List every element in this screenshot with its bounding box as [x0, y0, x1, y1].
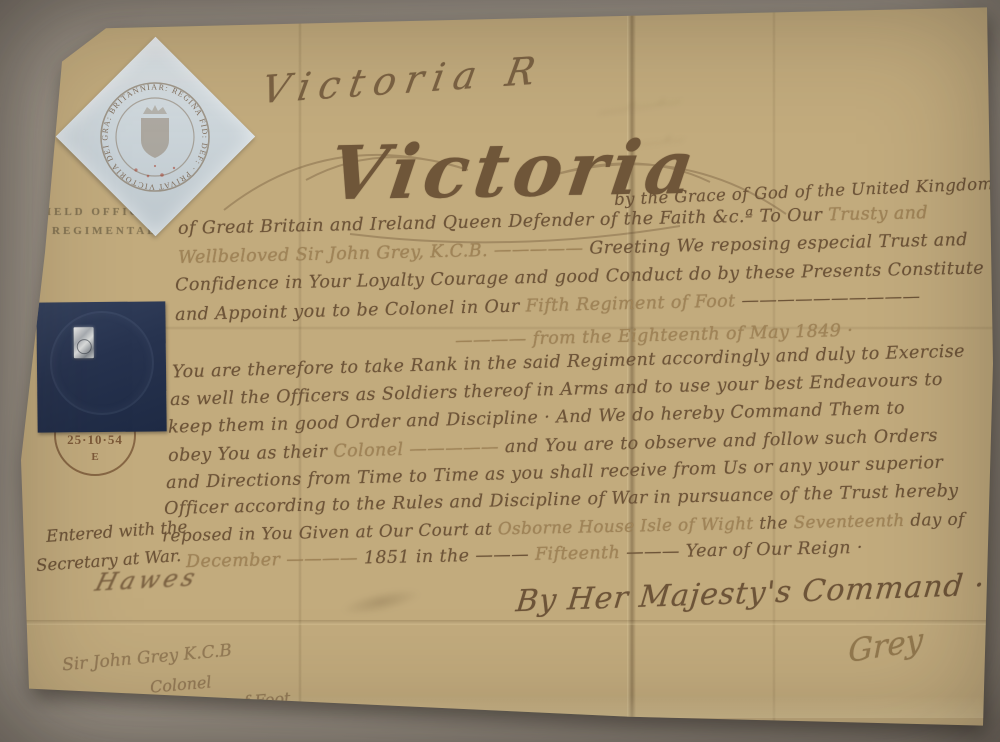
- docket-rank-line: Colonel: [149, 672, 212, 696]
- foil-security-tag: [74, 327, 94, 358]
- text-segment: ——————————: [735, 287, 920, 312]
- text-segment: Osborne House Isle of Wight: [498, 513, 754, 538]
- text-segment: day of: [904, 509, 964, 530]
- text-segment: Fifteenth: [535, 543, 621, 565]
- document-parchment: ـــمــــعـــــ ـــعـــــ Victoria R Vict…: [0, 0, 1000, 742]
- text-segment: December ————: [186, 548, 364, 572]
- parchment-shadow-wrap: ـــمــــعـــــ ـــعـــــ Victoria R Vict…: [0, 0, 1000, 742]
- text-segment: the: [753, 512, 794, 533]
- text-segment: reposed in You Given at Our Court at: [162, 518, 498, 545]
- text-segment: Seventeenth: [793, 510, 904, 532]
- regimental-stamp: REGIMENTAL: [52, 225, 158, 237]
- royal-sign-manual-signature: Victoria R: [258, 48, 547, 112]
- text-segment: and You are to observe and follow such O…: [505, 426, 939, 457]
- royal-arms-shield: [141, 105, 169, 158]
- docket-name-line: Sir John Grey K.C.B: [61, 641, 232, 676]
- text-segment: ——— Year of Our Reign ·: [620, 538, 863, 563]
- fold-crease-vertical-right: [772, 0, 776, 742]
- show-through-writing: ـــمــــعـــــ: [598, 86, 684, 119]
- text-segment: Colonel —————: [333, 437, 505, 461]
- bottom-edge-highlight: [30, 696, 990, 718]
- embossed-royal-seal: VICTORIA DEI GRA: BRITANNIAR: REGINA FID…: [96, 78, 214, 196]
- body-text-line: December ———— 1851 in the ——— Fifteenth …: [186, 538, 863, 572]
- text-segment: Trusty and: [828, 203, 928, 225]
- date-stamp-letter: E: [91, 451, 98, 463]
- text-segment: and Appoint you to be Colonel in Our: [175, 297, 526, 326]
- text-segment: 1851 in the ———: [364, 545, 536, 569]
- text-segment: obey You as their: [168, 442, 334, 466]
- fold-crease-horizontal-lower: [0, 620, 1000, 625]
- photo-background: ـــمــــعـــــ ـــعـــــ Victoria R Vict…: [0, 0, 1000, 742]
- fold-crease-vertical-center: [627, 0, 636, 742]
- docket-regiment-line: in the 5th Regmt of Foot: [92, 688, 292, 724]
- war-office-signature: Hawes: [92, 563, 202, 597]
- date-stamp-date: 25·10·54: [67, 432, 123, 447]
- blue-wafer-seal: [36, 301, 166, 432]
- by-her-majestys-command-line: By Her Majesty's Command ·: [514, 568, 986, 620]
- ink-smudge: [339, 584, 423, 621]
- grey-countersignature: Grey: [848, 622, 923, 670]
- text-segment: Fifth Regiment of Foot: [525, 291, 735, 316]
